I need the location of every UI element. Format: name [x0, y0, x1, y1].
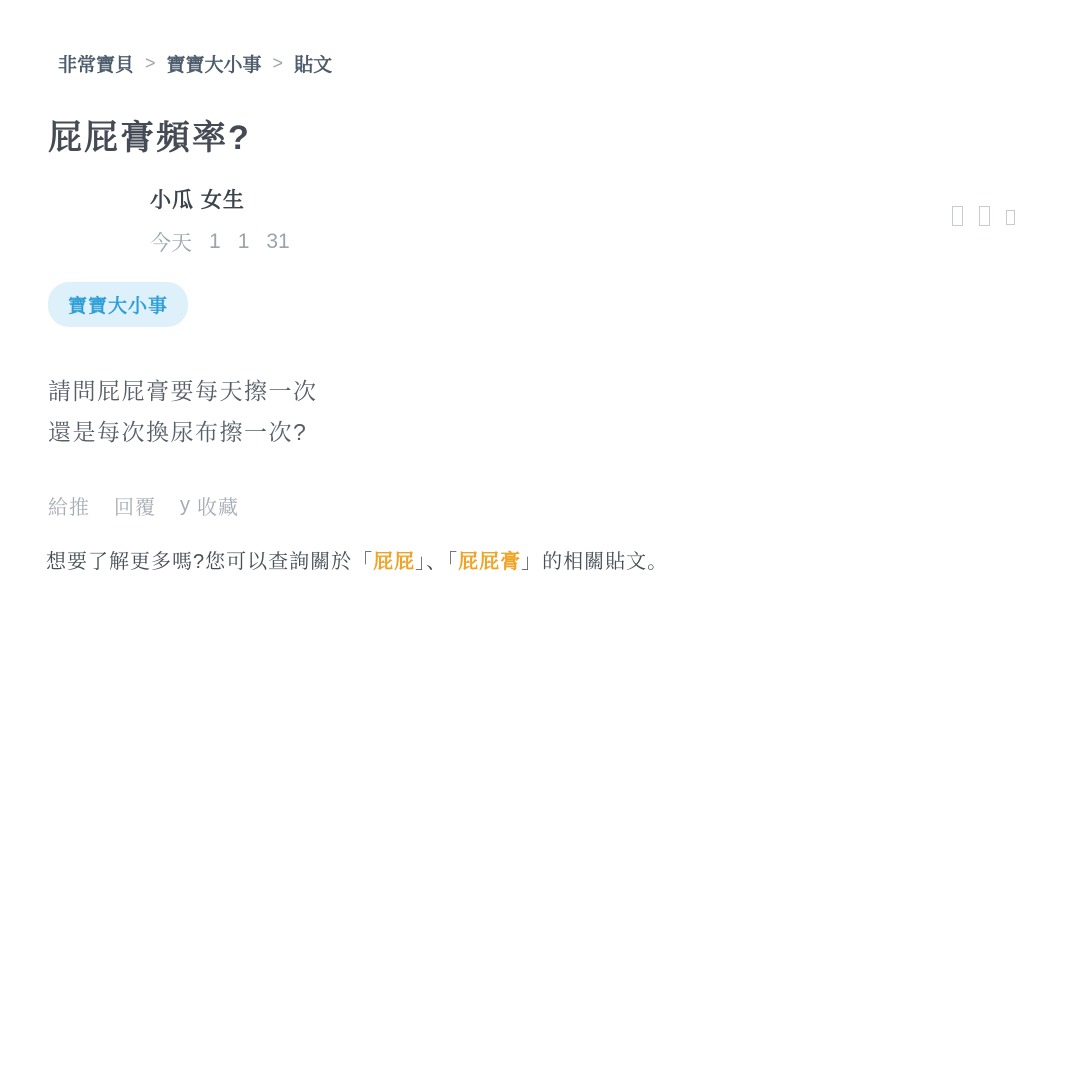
related-link-2[interactable]: 屁屁膏	[458, 551, 521, 573]
toolbar-icon-1[interactable]	[952, 206, 963, 226]
action-bar: 給推 回覆 y 收藏	[48, 491, 1080, 520]
breadcrumb: 非常寶貝 > 寶寶大小事 > 貼文	[0, 0, 1080, 77]
post-meta: 今天 1 1 31	[150, 227, 290, 257]
author-info: 小瓜 女生 今天 1 1 31	[150, 184, 290, 257]
post-title: 屁屁膏頻率?	[48, 110, 1080, 159]
reply-label: 回覆	[114, 491, 156, 520]
stat-count-2: 1	[238, 230, 250, 254]
upvote-button[interactable]: 給推	[48, 491, 90, 520]
post-content: 請問屁屁膏要每天擦一次 還是每次換尿布擦一次?	[48, 371, 1080, 453]
tag-row: 寶寶大小事	[48, 282, 1080, 327]
post-content-line: 請問屁屁膏要每天擦一次	[48, 371, 1080, 412]
toolbar-icon-2[interactable]	[979, 206, 990, 226]
post-date: 今天	[150, 227, 192, 257]
reply-button[interactable]: 回覆	[114, 491, 156, 520]
toolbar-icon-3[interactable]	[1006, 210, 1015, 225]
upvote-label: 給推	[48, 491, 90, 520]
related-link-1[interactable]: 屁屁	[373, 551, 415, 573]
breadcrumb-item-post: 貼文	[294, 50, 332, 77]
bookmark-label: 收藏	[197, 491, 239, 520]
avatar	[48, 184, 132, 258]
bookmark-button[interactable]: y 收藏	[180, 491, 239, 520]
breadcrumb-item-category[interactable]: 寶寶大小事	[167, 50, 262, 77]
related-text: 」的相關貼文。	[521, 551, 668, 573]
post-content-line: 還是每次換尿布擦一次?	[48, 412, 1080, 453]
breadcrumb-separator-icon: >	[145, 53, 156, 74]
breadcrumb-separator-icon: >	[273, 53, 284, 74]
related-text: 」、「	[415, 551, 458, 573]
related-search: 想要了解更多嗎?您可以查詢關於「屁屁」、「屁屁膏」的相關貼文。	[46, 545, 1080, 574]
stat-count-3: 31	[266, 230, 289, 254]
forum-post-page: 非常寶貝 > 寶寶大小事 > 貼文 屁屁膏頻率? 小瓜 女生 今天 1 1 31…	[0, 0, 1080, 1080]
breadcrumb-item-board[interactable]: 非常寶貝	[58, 50, 134, 77]
author-name[interactable]: 小瓜 女生	[150, 184, 290, 214]
stat-count-1: 1	[209, 230, 221, 254]
category-tag[interactable]: 寶寶大小事	[48, 282, 188, 327]
related-text: 想要了解更多嗎?您可以查詢關於「	[46, 551, 373, 573]
author-row: 小瓜 女生 今天 1 1 31	[48, 184, 1015, 258]
bookmark-icon: y	[180, 494, 191, 517]
post-toolbar	[952, 206, 1015, 226]
